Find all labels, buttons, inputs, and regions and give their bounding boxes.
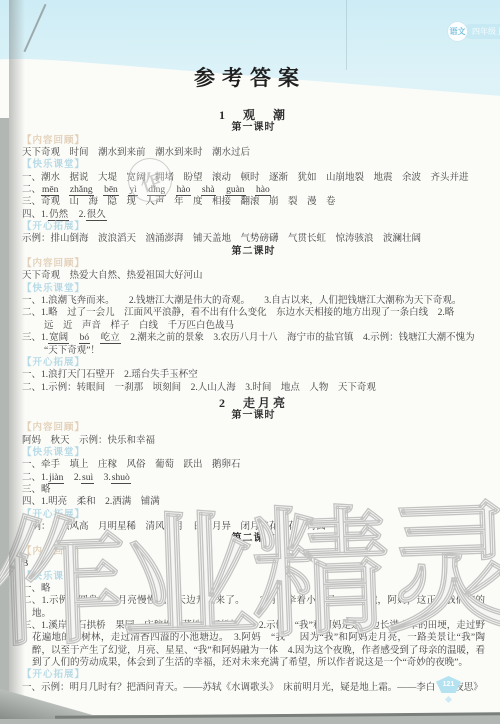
answer-line: 阿妈 秋天 示例：快乐和幸福 (22, 435, 485, 447)
answer-line: 二、mēn zhǎng bēn yì dǐng hào shà guàn hào (22, 184, 485, 196)
answer-line: 二、1.略 过了一会儿 江面风平浪静，看不出有什么变化 东边水天相接的地方出现了… (22, 307, 485, 319)
activity-header: 【开心拓展】 (22, 357, 485, 369)
answer-line: 天下奇观 时间 潮水到来前 潮水到来时 潮水过后 (22, 147, 485, 159)
answer-line: 三、1.宽阔 bó 屹立 2.潮来之前的景象 3.农历八月十八 海宁市的盐官镇 … (22, 332, 485, 344)
answer-line: 示例：月黑风高 月明星稀 清风明月 日新月异 闭月羞花 花好月圆 (22, 521, 485, 533)
answer-line: B (22, 558, 485, 570)
answers: 1 观 潮第一课时【内容回顾】天下奇观 时间 潮水到来前 潮水到来时 潮水过后【… (22, 106, 485, 694)
paper-crease (346, 0, 347, 70)
underlined-answer: 屹立 (100, 333, 121, 344)
answer-line: 二、1.示例：转眼间 一刹那 顷刻间 2.人山人海 3.时间 地点 人物 天下奇… (22, 382, 485, 394)
subject-badge: 语文 四年级上册 (447, 21, 500, 42)
activity-header: 【快乐课堂】 (22, 571, 485, 583)
answer-line: 一、1.浪打天门石壁开 2.瑶台失手玉杯空 (22, 369, 485, 381)
answer-line: 三、奇观 山 海 隐 现 人声 年 度 相接 翻滚 崩 裂 漫 卷 (22, 196, 485, 208)
review-header: 【内容回顾】 (22, 546, 485, 558)
lesson-heading: 第二课时 (22, 533, 485, 546)
answer-line: 天下奇观 热爱大自然、热爱祖国大好河山 (22, 270, 485, 282)
underlined-answer: 仍然 (48, 210, 69, 221)
lesson-heading: 第二课时 (22, 246, 485, 259)
answer-line: 一、潮水 据说 大堤 宽阔 拥堵 盼望 滚动 顿时 逐渐 犹如 山崩地裂 地震 … (22, 172, 485, 184)
answer-line: 四、1.明亮 柔和 2.洒满 铺满 (22, 496, 485, 508)
activity-header: 【开心拓展】 (22, 221, 485, 233)
lesson-heading: 第一课时 (22, 410, 485, 423)
section-heading: 1 观 潮 (22, 108, 485, 122)
answer-line: 二、1.jiàn 2.suì 3.shuò (22, 472, 485, 484)
underlined-answer: 宽阔 (48, 333, 69, 344)
underlined-answer: hào (176, 185, 192, 196)
activity-header: 【开心拓展】 (22, 509, 485, 521)
underlined-answer: jiàn (48, 473, 64, 484)
top-banner (0, 0, 500, 118)
grade-pill-label: 四年级上册 (463, 24, 500, 39)
page-title: 参考答案 (0, 62, 500, 92)
answer-line: 一、1.浪潮飞奔而来。 2.钱塘江大潮是伟大的奇观。 3.自古以来，人们把钱塘江… (22, 295, 485, 307)
review-header: 【内容回顾】 (22, 422, 485, 434)
underlined-answer: 很久 (86, 210, 107, 221)
activity-header: 【快乐课堂】 (22, 447, 485, 459)
answer-line: 三、略 (22, 484, 485, 496)
activity-header: 【快乐课堂】 (22, 159, 485, 171)
answer-line: 示例：排山倒海 波浪滔天 汹涌澎湃 铺天盖地 气势磅礴 气贯长虹 惊涛骇浪 波澜… (22, 233, 485, 245)
answer-line-continued: 远 近 声音 样子 白线 千万匹白色战马 (22, 320, 485, 332)
underlined-answer: mēn (41, 185, 59, 196)
underlined-answer: bēn (103, 185, 119, 196)
underlined-answer: guàn (225, 185, 245, 196)
lesson-heading: 第一课时 (22, 122, 485, 135)
underlined-answer: bó (79, 333, 91, 344)
scanned-answer-page: { "page": { "title": "参考答案", "badge": { … (0, 0, 500, 724)
subject-circle-label: 语文 (447, 21, 468, 42)
answer-line: 三、1.溪岸 石拱桥 果园 庄稼地 菜地 轻松愉悦 2.示例：“我”和阿妈走过两… (22, 620, 485, 669)
scan-corner-fold (0, 685, 120, 719)
review-header: 【内容回顾】 (22, 135, 485, 147)
answer-line: 一、略 (22, 583, 485, 595)
underlined-answer: shuò (111, 473, 131, 484)
activity-header: 【开心拓展】 (22, 669, 485, 681)
activity-header: 【快乐课堂】 (22, 283, 485, 295)
underlined-answer: hào (255, 185, 271, 196)
review-header: 【内容回顾】 (22, 258, 485, 270)
underlined-answer: suì (81, 473, 94, 484)
answer-line-continued: “天下奇观”！ (22, 345, 485, 357)
answer-line: 一、牵手 填上 庄稼 风俗 葡萄 跃出 鹅卵石 (22, 459, 485, 471)
underlined-answer: zhǎng (69, 185, 94, 196)
answer-line: 二、1.示例：圆盘似的月亮慢慢地从天边升起来了。 2.月亮牵着小星星。 3.哦，… (22, 595, 485, 620)
section-heading: 2 走月亮 (22, 396, 485, 410)
underlined-answer: shà (201, 185, 216, 196)
answer-line: 四、1.仍然 2.很久 (22, 209, 485, 221)
